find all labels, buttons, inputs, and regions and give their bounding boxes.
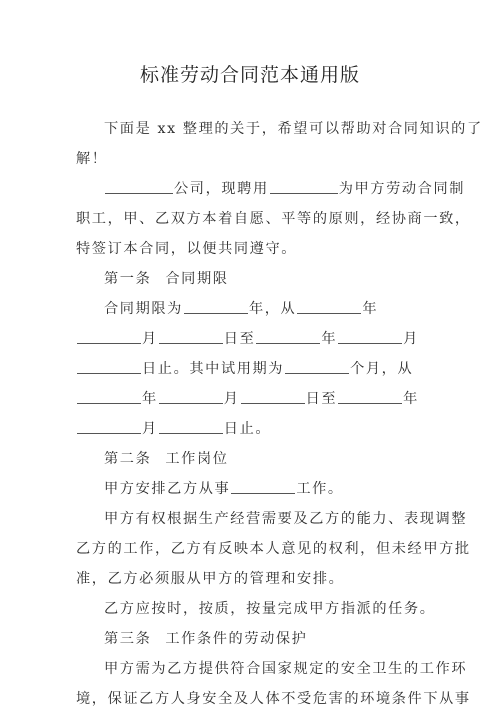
article-1-line-4: 年月日至年 — [76, 384, 422, 414]
probation-start-year-blank[interactable] — [77, 386, 141, 404]
employee-name-blank[interactable] — [270, 176, 338, 194]
text: 月 — [142, 331, 158, 347]
preamble-line-2: 职工，甲、乙双方本着自愿、平等的原则，经协商一致， — [76, 204, 422, 234]
document-body: 下面是 xx 整理的关于，希望可以帮助对合同知识的了 解！ 公司，现聘用为甲方劳… — [76, 114, 422, 708]
text: 合同期限为 — [104, 301, 183, 317]
article-1-number: 第一条 — [104, 271, 151, 287]
article-3-para-1-line-1: 甲方需为乙方提供符合国家规定的安全卫生的工作环 — [76, 654, 422, 684]
article-3-heading: 第三条工作条件的劳动保护 — [76, 624, 422, 654]
text: 个月，从 — [350, 361, 413, 377]
intro-line-1: 下面是 xx 整理的关于，希望可以帮助对合同知识的了 — [76, 114, 422, 144]
text: 日止。 — [224, 421, 271, 437]
start-day-blank[interactable] — [159, 326, 223, 344]
article-2-para-2-line-2: 乙方的工作，乙方有反映本人意见的权利，但未经甲方批 — [76, 534, 422, 564]
start-month-blank[interactable] — [77, 326, 141, 344]
text: 年 — [403, 391, 419, 407]
document-page: 标准劳动合同范本通用版 下面是 xx 整理的关于，希望可以帮助对合同知识的了 解… — [0, 0, 500, 708]
company-name-blank[interactable] — [105, 176, 173, 194]
text: 年，从 — [249, 301, 296, 317]
article-3-title: 工作条件的劳动保护 — [165, 631, 307, 647]
article-1-heading: 第一条合同期限 — [76, 264, 422, 294]
article-2-para-3: 乙方应按时，按质，按量完成甲方指派的任务。 — [76, 594, 422, 624]
article-2-heading: 第二条工作岗位 — [76, 444, 422, 474]
preamble-line-3: 特签订本合同，以便共同遵守。 — [76, 234, 422, 264]
article-1-line-1: 合同期限为年，从年 — [76, 294, 422, 324]
text: 日至 — [224, 331, 256, 347]
article-2-para-2-line-3: 准，乙方必须服从甲方的管理和安排。 — [76, 564, 422, 594]
probation-start-month-blank[interactable] — [159, 386, 223, 404]
text: 日至 — [306, 391, 338, 407]
start-year-blank[interactable] — [297, 296, 361, 314]
text: 年 — [142, 391, 158, 407]
preamble-line-1: 公司，现聘用为甲方劳动合同制 — [76, 174, 422, 204]
text: 年 — [321, 331, 337, 347]
contract-years-blank[interactable] — [184, 296, 248, 314]
end-day-blank[interactable] — [77, 356, 141, 374]
preamble-text-1: 公司，现聘用 — [174, 181, 269, 197]
text: 工作。 — [296, 481, 343, 497]
end-year-blank[interactable] — [256, 326, 320, 344]
text: 月 — [224, 391, 240, 407]
preamble-text-2: 为甲方劳动合同制 — [339, 181, 465, 197]
probation-start-day-blank[interactable] — [241, 386, 305, 404]
article-2-para-1: 甲方安排乙方从事工作。 — [76, 474, 422, 504]
text: 甲方安排乙方从事 — [104, 481, 230, 497]
article-2-number: 第二条 — [104, 451, 151, 467]
probation-months-blank[interactable] — [285, 356, 349, 374]
document-title: 标准劳动合同范本通用版 — [0, 60, 500, 87]
article-1-line-5: 月日止。 — [76, 414, 422, 444]
article-1-title: 合同期限 — [165, 271, 228, 287]
article-2-title: 工作岗位 — [165, 451, 228, 467]
article-1-line-3: 日止。其中试用期为个月，从 — [76, 354, 422, 384]
article-1-line-2: 月日至年月 — [76, 324, 422, 354]
intro-line-2: 解！ — [76, 144, 422, 174]
probation-end-year-blank[interactable] — [338, 386, 402, 404]
article-3-number: 第三条 — [104, 631, 151, 647]
text: 年 — [362, 301, 378, 317]
job-position-blank[interactable] — [231, 476, 295, 494]
text: 日止。其中试用期为 — [142, 361, 284, 377]
article-2-para-2-line-1: 甲方有权根据生产经营需要及乙方的能力、表现调整 — [76, 504, 422, 534]
article-3-para-1-line-2: 境，保证乙方人身安全及人体不受危害的环境条件下从事 — [76, 684, 422, 708]
text: 月 — [142, 421, 158, 437]
probation-end-month-blank[interactable] — [77, 416, 141, 434]
end-month-blank[interactable] — [338, 326, 402, 344]
probation-end-day-blank[interactable] — [159, 416, 223, 434]
text: 月 — [403, 331, 419, 347]
